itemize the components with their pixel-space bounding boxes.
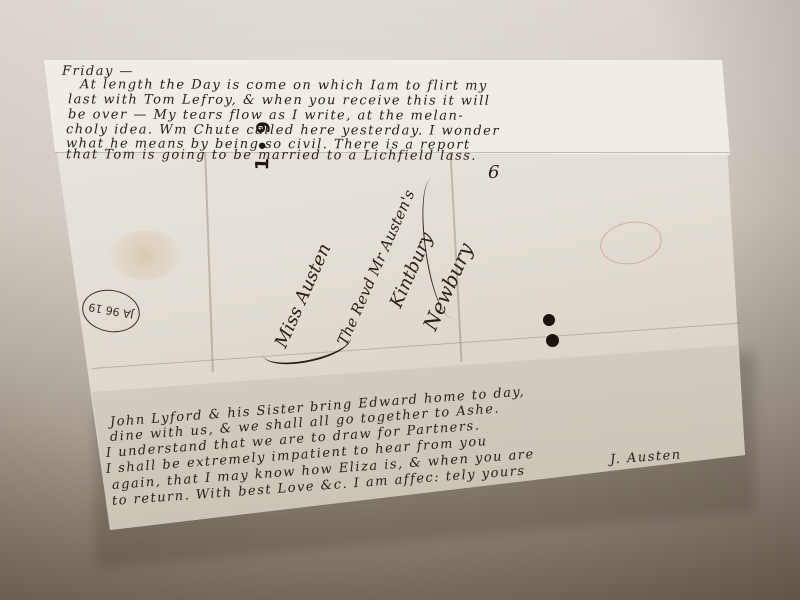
postmark-text: JA 96 19 [87,301,134,322]
postage-rate: 6 [488,162,499,183]
wax-seal [546,334,559,347]
letter-line: last with Tom Lefroy, & when you receive… [68,92,490,108]
letter-line: At length the Day is come on which Iam t… [80,77,488,93]
water-stain [110,230,180,280]
wax-seal [543,314,555,326]
postal-stamp-mark: 1 • 9 [252,121,275,171]
